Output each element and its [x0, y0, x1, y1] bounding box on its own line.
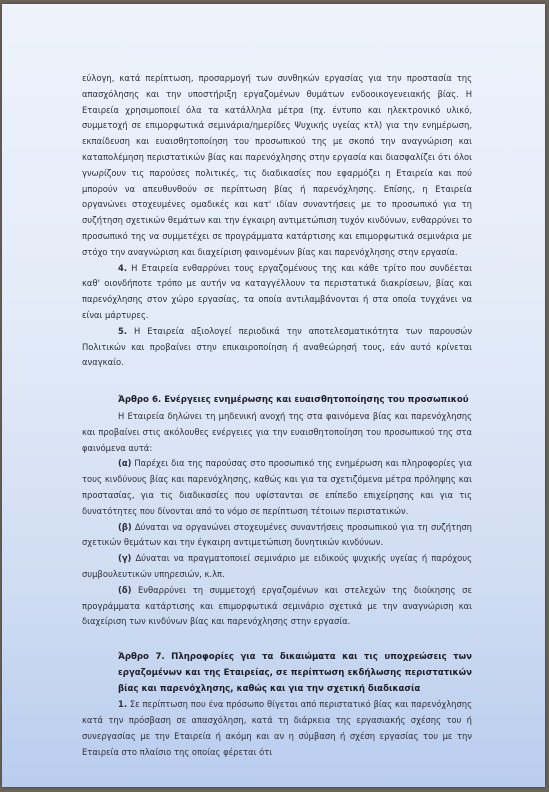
- clause-5: 5. Η Εταιρεία αξιολογεί περιοδικά την απ…: [82, 324, 472, 371]
- intro-paragraph: εύλογη, κατά περίπτωση, προσαρμογή των σ…: [82, 71, 472, 261]
- article-6-intro: Η Εταιρεία δηλώνει τη μηδενική ανοχή της…: [82, 409, 472, 456]
- clause-text: Η Εταιρεία αξιολογεί περιοδικά την αποτε…: [82, 326, 472, 368]
- article-6-item-d: (δ) Ενθαρρύνει τη συμμετοχή εργαζομένων …: [82, 583, 472, 630]
- item-text: Ενθαρρύνει τη συμμετοχή εργαζομένων και …: [82, 585, 472, 627]
- item-text: Δύναται να οργανώνει στοχευμένες συναντή…: [82, 522, 472, 548]
- clause-text: Η Εταιρεία ενθαρρύνει τους εργαζομένους …: [82, 263, 472, 320]
- clause-number: 1.: [118, 699, 127, 709]
- document-body: εύλογη, κατά περίπτωση, προσαρμογή των σ…: [82, 71, 472, 761]
- article-7-clause-1: 1. Σε περίπτωση που ένα πρόσωπο θίγεται …: [82, 697, 472, 760]
- item-label: (γ): [118, 553, 131, 563]
- clause-text: Σε περίπτωση που ένα πρόσωπο θίγεται από…: [82, 699, 472, 756]
- document-page: εύλογη, κατά περίπτωση, προσαρμογή των σ…: [2, 4, 545, 787]
- article-6-heading: Άρθρο 6. Ενέργειες ενημέρωσης και ευαισθ…: [82, 393, 472, 409]
- article-6-item-b: (β) Δύναται να οργανώνει στοχευμένες συν…: [82, 520, 472, 552]
- item-text: Παρέχει δια της παρούσας στο προσωπικό τ…: [82, 458, 472, 515]
- item-label: (α): [118, 458, 131, 468]
- item-label: (δ): [118, 585, 131, 595]
- article-6-item-a: (α) Παρέχει δια της παρούσας στο προσωπι…: [82, 456, 472, 519]
- clause-number: 4.: [118, 263, 127, 273]
- clause-4: 4. Η Εταιρεία ενθαρρύνει τους εργαζομένο…: [82, 261, 472, 324]
- article-6-item-c: (γ) Δύναται να πραγματοποιεί σεμινάριο μ…: [82, 551, 472, 583]
- item-text: Δύναται να πραγματοποιεί σεμινάριο με ει…: [82, 553, 472, 579]
- item-label: (β): [118, 522, 132, 532]
- clause-number: 5.: [118, 326, 127, 336]
- article-7-heading: Άρθρο 7. Πληροφορίες για τα δικαιώματα κ…: [82, 650, 472, 697]
